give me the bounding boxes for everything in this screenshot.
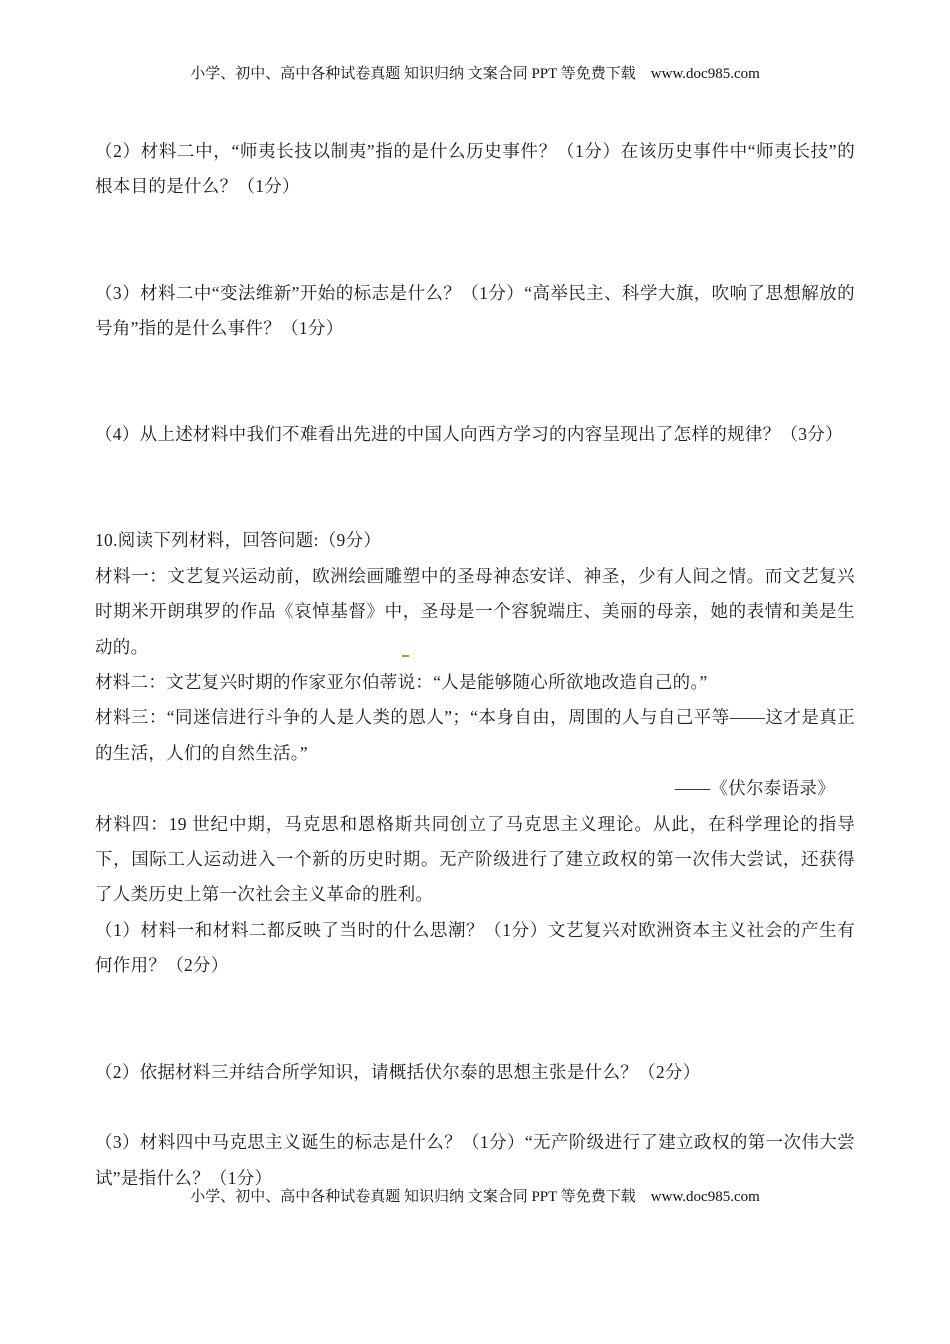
question9-part2: （2）材料二中，“师夷长技以制夷”指的是什么历史事件？（1分）在该历史事件中“师… [95, 134, 855, 205]
exam-content: （2）材料二中，“师夷长技以制夷”指的是什么历史事件？（1分）在该历史事件中“师… [95, 134, 855, 1196]
question9-part4: （4）从上述材料中我们不难看出先进的中国人向西方学习的内容呈现出了怎样的规律？（… [95, 417, 855, 452]
question10-intro: 10.阅读下列材料，回答问题:（9分） [95, 523, 855, 558]
question10-part1: （1）材料一和材料二都反映了当时的什么思潮？（1分）文艺复兴对欧洲资本主义社会的… [95, 913, 855, 984]
question10-material3-source: ——《伏尔泰语录》 [95, 771, 855, 806]
page-header-watermark: 小学、初中、高中各种试卷真题 知识归纳 文案合同 PPT 等免费下载 www.d… [0, 64, 950, 84]
question10-material4: 材料四：19 世纪中期，马克思和恩格斯共同创立了马克思主义理论。从此，在科学理论… [95, 807, 855, 913]
question10-part2: （2）依据材料三并结合所学知识，请概括伏尔泰的思想主张是什么？（2分） [95, 1055, 855, 1090]
exam-paper-page: 小学、初中、高中各种试卷真题 知识归纳 文案合同 PPT 等免费下载 www.d… [0, 0, 950, 1344]
question10-material1: 材料一：文艺复兴运动前，欧洲绘画雕塑中的圣母神态安详、神圣，少有人间之情。而文艺… [95, 559, 855, 665]
question10-part3: （3）材料四中马克思主义诞生的标志是什么？（1分）“无产阶级进行了建立政权的第一… [95, 1125, 855, 1196]
question10-material2: 材料二：文艺复兴时期的作家亚尔伯蒂说：“人是能够随心所欲地改造自己的。” [95, 665, 855, 700]
page-footer-watermark: 小学、初中、高中各种试卷真题 知识归纳 文案合同 PPT 等免费下载 www.d… [0, 1187, 950, 1207]
question9-part3: （3）材料二中“变法维新”开始的标志是什么？（1分）“高举民主、科学大旗，吹响了… [95, 276, 855, 347]
question10-material3: 材料三：“同迷信进行斗争的人是人类的恩人”；“本身自由，周围的人与自己平等——这… [95, 700, 855, 771]
spellcheck-underline-mark [402, 655, 409, 657]
